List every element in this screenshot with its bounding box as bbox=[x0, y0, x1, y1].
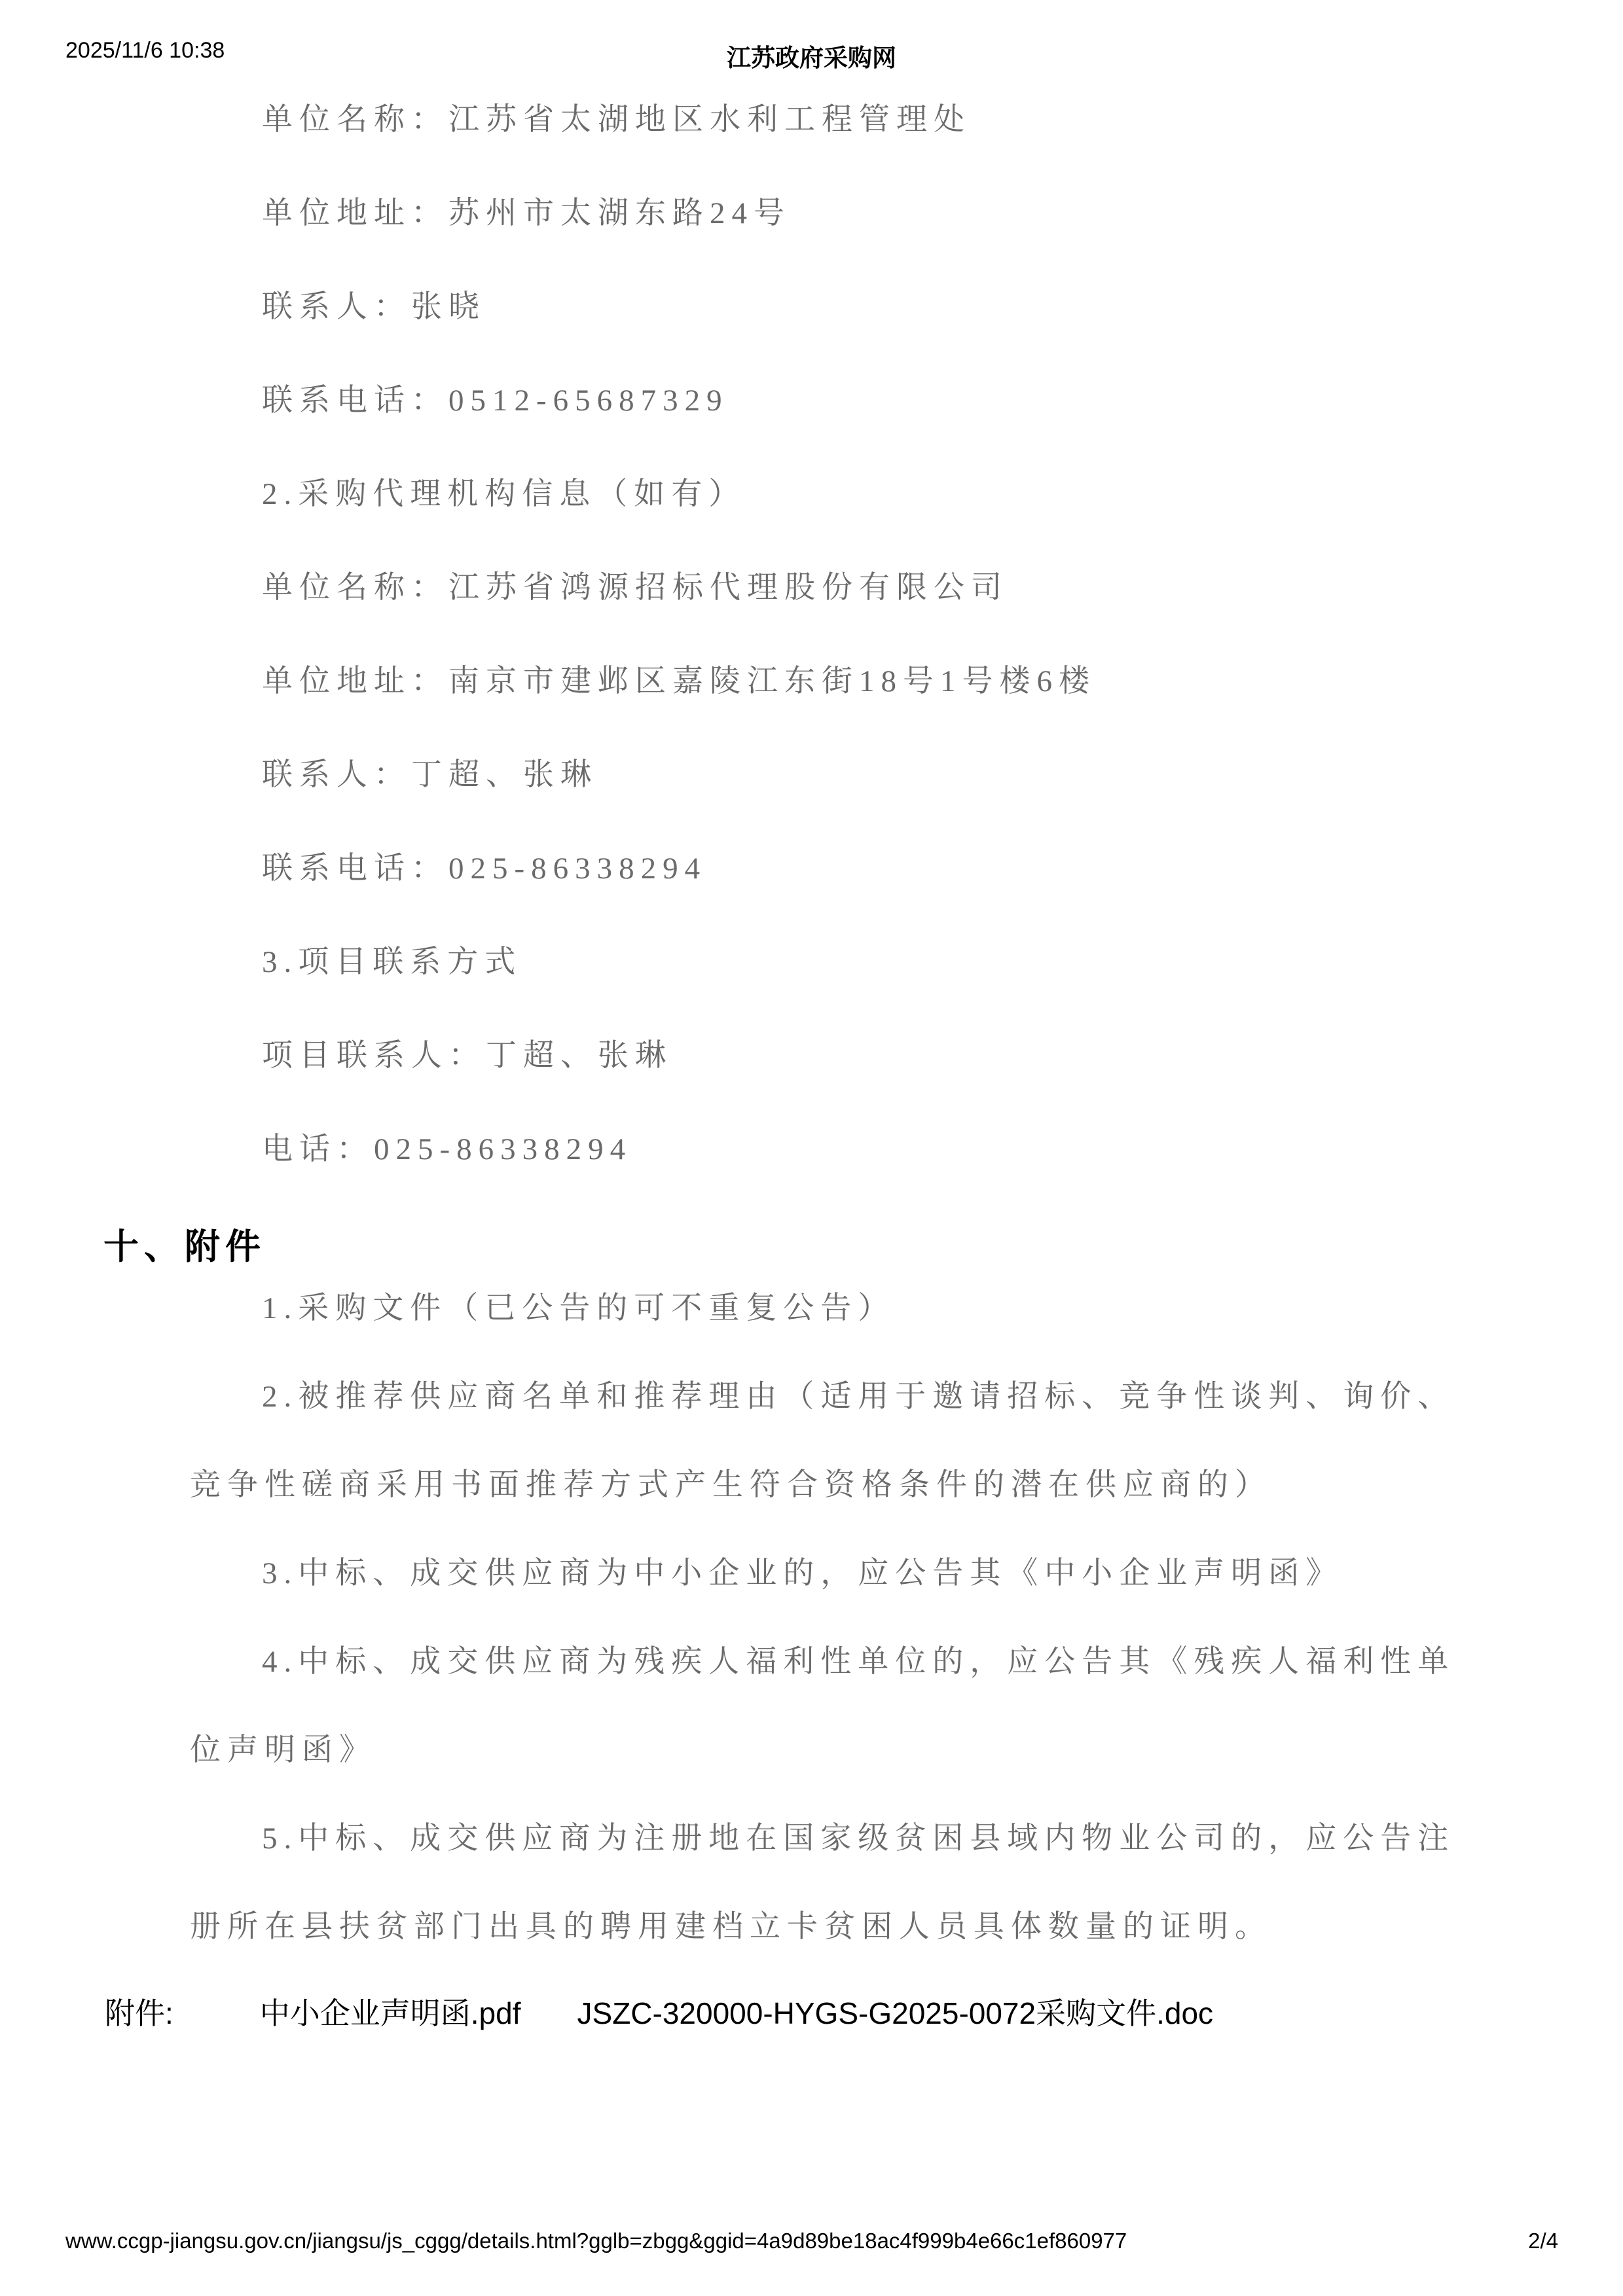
attachment-note-line: 4.中标、成交供应商为残疾人福利性单位的，应公告其《残疾人福利性单 bbox=[190, 1618, 1539, 1706]
contact-line: 单位名称：江苏省鸿源招标代理股份有限公司 bbox=[190, 541, 1525, 635]
contact-line: 2.采购代理机构信息（如有） bbox=[190, 448, 1525, 541]
page-number: 2/4 bbox=[1528, 2229, 1558, 2253]
contact-info-section: 单位名称：江苏省太湖地区水利工程管理处 单位地址：苏州市太湖东路24号 联系人：… bbox=[190, 73, 1525, 1196]
attachment-file-link-pdf[interactable]: 中小企业声明函.pdf bbox=[260, 1990, 521, 2033]
contact-line: 单位地址：苏州市太湖东路24号 bbox=[190, 167, 1525, 260]
attachment-note-line: 位声明函》 bbox=[190, 1706, 1539, 1795]
attachment-note-line: 3.中标、成交供应商为中小企业的，应公告其《中小企业声明函》 bbox=[190, 1530, 1539, 1618]
contact-line: 电话：025-86338294 bbox=[190, 1103, 1525, 1196]
source-url: www.ccgp-jiangsu.gov.cn/jiangsu/js_cggg/… bbox=[65, 2229, 1127, 2253]
contact-line: 联系电话：025-86338294 bbox=[190, 822, 1525, 916]
printed-page: 2025/11/6 10:38 江苏政府采购网 单位名称：江苏省太湖地区水利工程… bbox=[0, 0, 1623, 2296]
contact-line: 联系电话：0512-65687329 bbox=[190, 354, 1525, 448]
contact-line: 3.项目联系方式 bbox=[190, 916, 1525, 1009]
attachment-note-line: 1.采购文件（已公告的可不重复公告） bbox=[190, 1265, 1539, 1353]
contact-line: 联系人：丁超、张琳 bbox=[190, 728, 1525, 822]
attachment-files-row: 附件: 中小企业声明函.pdf JSZC-320000-HYGS-G2025-0… bbox=[105, 1990, 1545, 2033]
contact-line: 项目联系人：丁超、张琳 bbox=[190, 1009, 1525, 1103]
attachment-note-line: 竞争性磋商采用书面推荐方式产生符合资格条件的潜在供应商的） bbox=[190, 1441, 1539, 1530]
site-title: 江苏政府采购网 bbox=[0, 38, 1623, 73]
contact-line: 联系人：张晓 bbox=[190, 260, 1525, 354]
section-heading-attachments: 十、附件 bbox=[103, 1219, 266, 1269]
attachment-file-link-doc[interactable]: JSZC-320000-HYGS-G2025-0072采购文件.doc bbox=[577, 1990, 1214, 2033]
attachment-note-line: 5.中标、成交供应商为注册地在国家级贫困县域内物业公司的，应公告注 bbox=[190, 1795, 1539, 1883]
attachment-notes-section: 1.采购文件（已公告的可不重复公告） 2.被推荐供应商名单和推荐理由（适用于邀请… bbox=[190, 1265, 1539, 1971]
attachment-note-line: 册所在县扶贫部门出具的聘用建档立卡贫困人员具体数量的证明。 bbox=[190, 1883, 1539, 1971]
attachment-note-line: 2.被推荐供应商名单和推荐理由（适用于邀请招标、竞争性谈判、询价、 bbox=[190, 1353, 1539, 1441]
contact-line: 单位地址：南京市建邺区嘉陵江东街18号1号楼6楼 bbox=[190, 635, 1525, 728]
contact-line: 单位名称：江苏省太湖地区水利工程管理处 bbox=[190, 73, 1525, 167]
attachment-files-label: 附件: bbox=[105, 1990, 173, 2033]
